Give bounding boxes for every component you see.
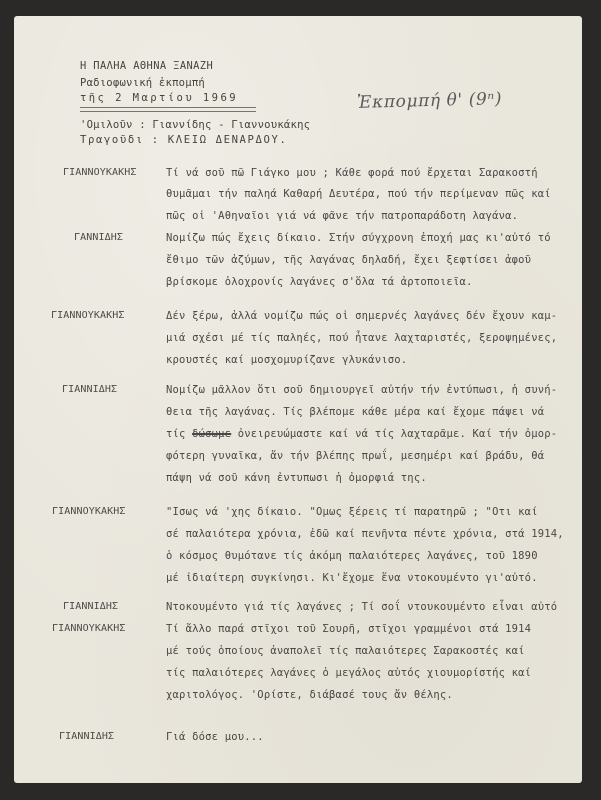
dialogue-line: τίς παλαιότερες λαγάνες ὁ μεγάλος αὐτός …: [166, 667, 531, 679]
dialogue-line: Τί ἄλλο παρά στῖχοι τοῦ Σουρῆ, στῖχοι γρ…: [166, 623, 531, 635]
dialogue-line-with-strikethrough: τίς δώσωμε ὀνειρευώμαστε καί νά τίς λαχτ…: [166, 428, 557, 440]
dialogue-line: βρίσκομε ὁλοχρονίς λαγάνες σ'ὅλα τά ἀρτο…: [166, 276, 473, 288]
dialogue-line: Γιά δόσε μου...: [166, 731, 264, 743]
dialogue-line: μέ τούς ὁποίους ἀναπολεῖ τίς παλαιότερες…: [166, 645, 525, 657]
speakers-line: 'Ομιλοῦν : Γιαννίδης - Γιαννουκάκης: [80, 119, 310, 131]
document-date: τῆς 2 Μαρτίου 1969: [80, 92, 238, 104]
speaker-label: ΓΙΑΝΝΙΔΗΣ: [63, 601, 118, 612]
dialogue-line: ὁ κόσμος θυμότανε τίς ἀκόμη παλαιότερες …: [166, 550, 538, 562]
dialogue-line: Ντοκουμέντο γιά τίς λαγάνες ; Τί σοΐ ντο…: [166, 601, 557, 613]
dialogue-line: Δέν ξέρω, ἀλλά νομίζω πώς οἱ σημερνές λα…: [166, 310, 557, 322]
dialogue-line: κρουστές καί μοσχομυρίζανε γλυκάνισο.: [166, 354, 407, 366]
dialogue-line: πάψη νά σοῦ κάνη ἐντυπωσι ἡ ὀμορφιά της.: [166, 472, 427, 484]
dialogue-line: σέ παλαιότερα χρόνια, ἐδῶ καί πενῆντα πέ…: [166, 528, 564, 540]
speaker-label: ΓΙΑΝΝΟΥΚΑΚΗΣ: [51, 310, 124, 321]
dialogue-line: μέ ἰδιαίτερη συγκίνησι. Κι'ἔχομε ἕνα ντο…: [166, 572, 538, 584]
document-subtitle: Ραδιοφωνική ἐκπομπή: [80, 77, 205, 89]
underline-rule: [80, 107, 256, 112]
dialogue-line: "Ισως νά 'χης δίκαιο. "Ομως ξέρεις τί πα…: [166, 506, 538, 518]
dialogue-line: πῶς οἱ 'Αθηναῖοι γιά νά φᾶνε τήν πατροπα…: [166, 210, 518, 222]
dialogue-line: θυμᾶμαι τήν παληά Καθαρή Δευτέρα, πού τή…: [166, 188, 551, 200]
document-title: Η ΠΑΛΗΑ ΑΘΗΝΑ ΞΑΝΑΖΗ: [80, 60, 213, 72]
speaker-label: ΓΙΑΝΝΟΥΚΑΚΗΣ: [63, 167, 136, 178]
song-line: Τραγοῦδι : ΚΛΕΙΩ ΔΕΝΑΡΔΟΥ.: [80, 134, 287, 146]
dialogue-line: μιά σχέσι μέ τίς παληές, πού ἦτανε λαχτα…: [166, 332, 557, 344]
struck-word: δώσωμε: [192, 428, 231, 440]
speaker-label: ΓΙΑΝΝΙΔΗΣ: [59, 731, 114, 742]
dialogue-line: φότερη γυναῖκα, ἄν τήν βλέπης πρωΐ, μεση…: [166, 450, 544, 462]
strikethrough-suffix: ὀνειρευώμαστε καί νά τίς λαχταρᾶμε. Καί …: [231, 428, 557, 440]
speaker-label: ΓΙΑΝΝΟΥΚΑΚΗΣ: [52, 623, 125, 634]
dialogue-line: θεια τῆς λαγάνας. Τίς βλέπομε κάθε μέρα …: [166, 406, 544, 418]
dialogue-line: Νομίζω πώς ἔχεις δίκαιο. Στήν σύγχρονη ἐ…: [166, 232, 551, 244]
typewritten-page: Η ΠΑΛΗΑ ΑΘΗΝΑ ΞΑΝΑΖΗ Ραδιοφωνική ἐκπομπή…: [14, 16, 582, 783]
speaker-label: ΓΙΑΝΝΙΔΗΣ: [62, 384, 117, 395]
speaker-label: ΓΑΝΝΙΔΗΣ: [74, 232, 123, 243]
strikethrough-prefix: τίς: [166, 428, 192, 440]
dialogue-line: ἔθιμο τῶν ἀζύμων, τῆς λαγάνας δηλαδή, ἔχ…: [166, 254, 531, 266]
handwritten-note: Ἐκπομπή θ' (9ⁿ): [357, 89, 503, 113]
dialogue-line: Τί νά σοῦ πῶ Γιάγκο μου ; Κάθε φορά πού …: [166, 167, 538, 179]
speaker-label: ΓΙΑΝΝΟΥΚΑΚΗΣ: [52, 506, 125, 517]
dialogue-line: Νομίζω μᾶλλον ὅτι σοῦ δημιουργεῖ αὐτήν τ…: [166, 384, 557, 396]
dialogue-line: χαριτολόγος. 'Ορίστε, διάβασέ τους ἄν θέ…: [166, 689, 453, 701]
